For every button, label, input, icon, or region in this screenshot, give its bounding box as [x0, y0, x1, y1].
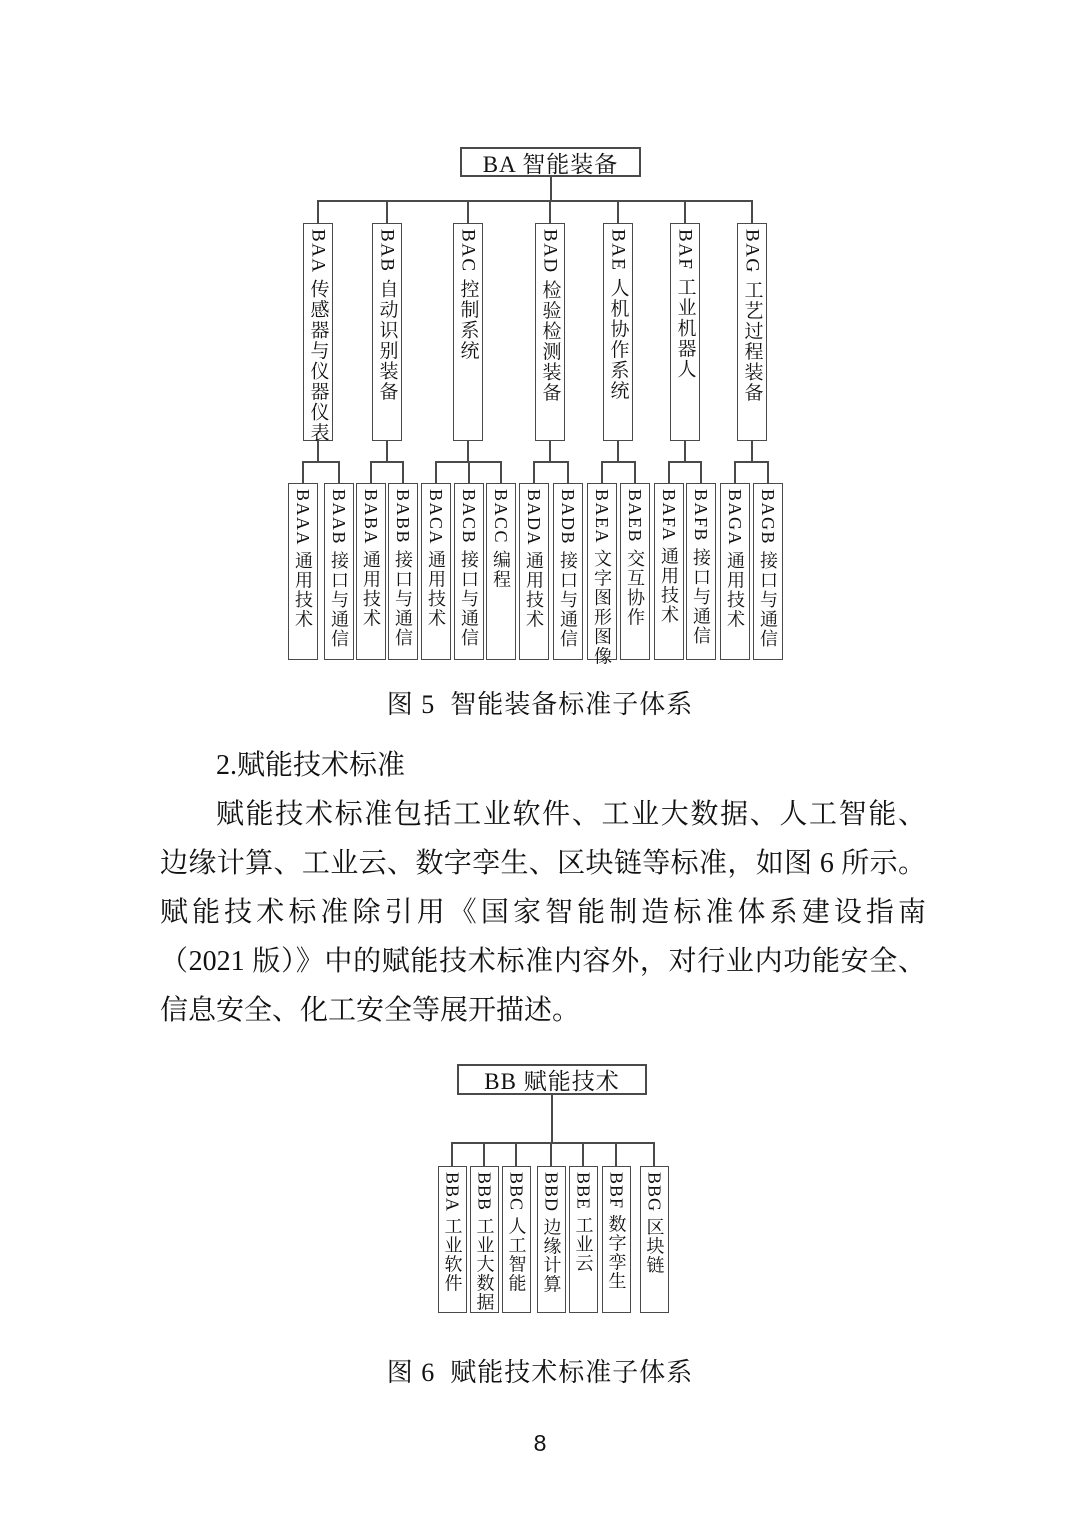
connector-line	[550, 177, 552, 201]
paragraph-line: （2021 版）》中的赋能技术标准内容外，对行业内功能安全、	[160, 937, 926, 986]
figure6-caption: 图 6 赋能技术标准子体系	[0, 1352, 1080, 1389]
fig5-node-badb: BADB 接口与通信	[553, 483, 583, 660]
connector-line	[601, 461, 603, 483]
section-text: 2.赋能技术标准 赋能技术标准包括工业软件、工业大数据、人工智能、 边缘计算、工…	[160, 741, 926, 1035]
fig5-node-baaa: BAAA 通用技术	[288, 483, 318, 660]
fig5-node-baea: BAEA 文字图形图像	[587, 483, 617, 660]
fig5-root-node: BA 智能装备	[460, 147, 641, 177]
fig5-node-bag: BAG 工艺过程装备	[737, 223, 767, 441]
connector-line	[386, 441, 388, 463]
connector-line	[668, 461, 702, 463]
fig5-node-bae: BAE 人机协作系统	[603, 223, 633, 441]
connector-line	[551, 1095, 553, 1144]
page-number: 8	[0, 1430, 1080, 1457]
fig5-node-bacc: BACC 编程	[486, 483, 516, 660]
fig5-node-baeb: BAEB 交互协作	[620, 483, 650, 660]
paragraph-line: 信息安全、化工安全等展开描述。	[160, 986, 926, 1035]
fig5-node-bafa: BAFA 通用技术	[654, 483, 684, 660]
connector-line	[302, 461, 340, 463]
connector-line	[370, 461, 404, 463]
connector-line	[653, 1142, 655, 1166]
connector-line	[617, 200, 619, 223]
connector-line	[386, 200, 388, 223]
connector-line	[451, 1142, 453, 1166]
fig5-node-bada: BADA 通用技术	[519, 483, 549, 660]
connector-line	[302, 461, 304, 483]
fig5-node-baba: BABA 通用技术	[356, 483, 386, 660]
fig5-node-baca: BACA 通用技术	[421, 483, 451, 660]
connector-line	[317, 441, 319, 463]
connector-line	[582, 1142, 584, 1166]
connector-line	[549, 200, 551, 223]
fig5-node-baga: BAGA 通用技术	[720, 483, 750, 660]
fig6-node-bbe: BBE 工业云	[569, 1166, 598, 1313]
fig5-node-babb: BABB 接口与通信	[388, 483, 418, 660]
fig6-node-bbb: BBB 工业大数据	[470, 1166, 499, 1313]
connector-line	[500, 461, 502, 483]
connector-line	[767, 461, 769, 483]
fig6-node-bbf: BBF 数字孪生	[602, 1166, 631, 1313]
connector-line	[700, 461, 702, 483]
connector-line	[317, 200, 319, 223]
connector-line	[533, 461, 569, 463]
document-page: BA 智能装备 BAA 传感器与仪器仪表 BAB 自动识别装备 BAC 控制系统…	[0, 0, 1080, 1527]
connector-line	[634, 461, 636, 483]
fig5-node-baf: BAF 工业机器人	[670, 223, 700, 441]
connector-line	[468, 461, 470, 483]
figure5-caption: 图 5 智能装备标准子体系	[0, 684, 1080, 721]
connector-line	[684, 200, 686, 223]
connector-line	[617, 441, 619, 463]
connector-line	[567, 461, 569, 483]
connector-line	[550, 1142, 552, 1166]
fig5-node-bab: BAB 自动识别装备	[372, 223, 402, 441]
fig5-node-bad: BAD 检验检测装备	[535, 223, 565, 441]
fig5-node-baab: BAAB 接口与通信	[324, 483, 354, 660]
connector-line	[549, 441, 551, 463]
connector-line	[451, 1142, 655, 1144]
connector-line	[601, 461, 636, 463]
fig6-node-bbc: BBC 人工智能	[502, 1166, 531, 1313]
connector-line	[370, 461, 372, 483]
paragraph-line: 边缘计算、工业云、数字孪生、区块链等标准，如图 6 所示。	[160, 839, 926, 888]
paragraph-line: 赋能技术标准除引用《国家智能制造标准体系建设指南	[160, 888, 926, 937]
connector-line	[515, 1142, 517, 1166]
connector-line	[751, 441, 753, 463]
connector-line	[317, 200, 753, 202]
section-heading: 2.赋能技术标准	[160, 741, 926, 790]
connector-line	[734, 461, 736, 483]
connector-line	[467, 441, 469, 463]
fig6-node-bbd: BBD 边缘计算	[537, 1166, 566, 1313]
connector-line	[751, 200, 753, 223]
fig6-node-bbg: BBG 区块链	[640, 1166, 669, 1313]
paragraph-line: 赋能技术标准包括工业软件、工业大数据、人工智能、	[160, 790, 926, 839]
connector-line	[668, 461, 670, 483]
connector-line	[615, 1142, 617, 1166]
connector-line	[533, 461, 535, 483]
fig5-node-bafb: BAFB 接口与通信	[686, 483, 716, 660]
fig5-node-bac: BAC 控制系统	[453, 223, 483, 441]
connector-line	[467, 200, 469, 223]
connector-line	[402, 461, 404, 483]
fig5-node-bacb: BACB 接口与通信	[454, 483, 484, 660]
connector-line	[483, 1142, 485, 1166]
fig5-node-baa: BAA 传感器与仪器仪表	[303, 223, 333, 441]
connector-line	[684, 441, 686, 463]
fig6-node-bba: BBA 工业软件	[438, 1166, 467, 1313]
fig6-root-node: BB 赋能技术	[457, 1064, 647, 1095]
connector-line	[435, 461, 437, 483]
connector-line	[734, 461, 769, 463]
fig5-node-bagb: BAGB 接口与通信	[753, 483, 783, 660]
connector-line	[338, 461, 340, 483]
